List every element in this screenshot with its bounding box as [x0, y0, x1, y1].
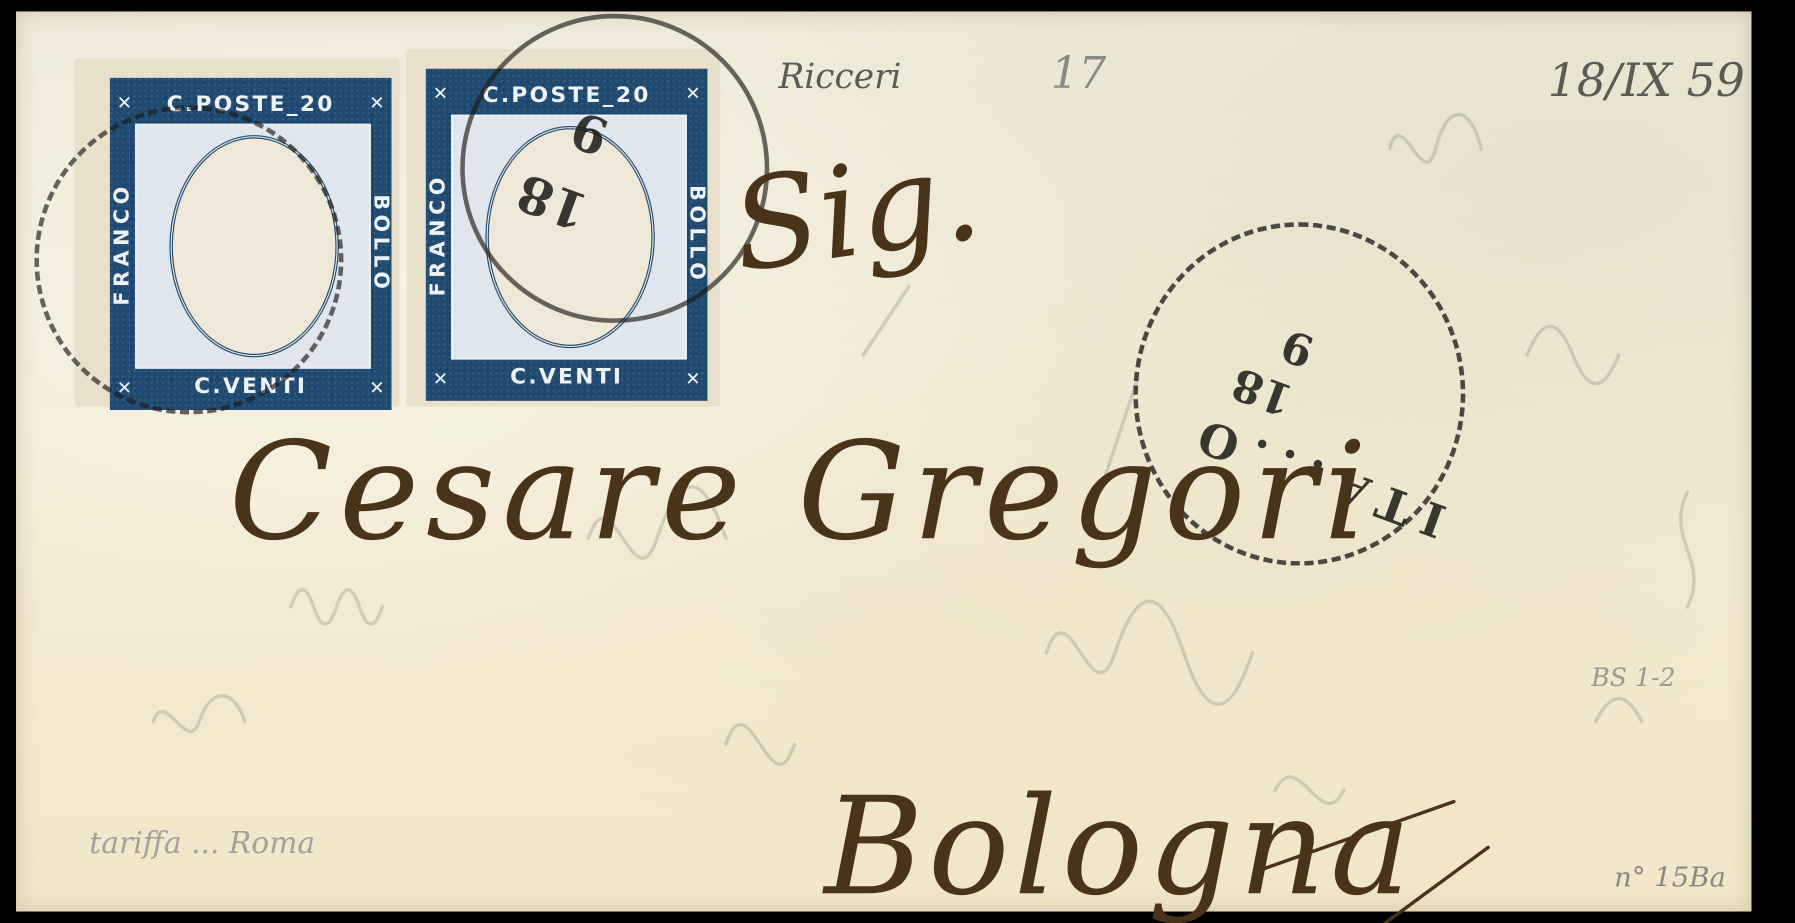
ink-flourishes — [0, 0, 1795, 923]
image-stage: C.POSTE_20 FRANCO BOLLO C.VENTI ✕ ✕ ✕ ✕ … — [0, 0, 1795, 923]
